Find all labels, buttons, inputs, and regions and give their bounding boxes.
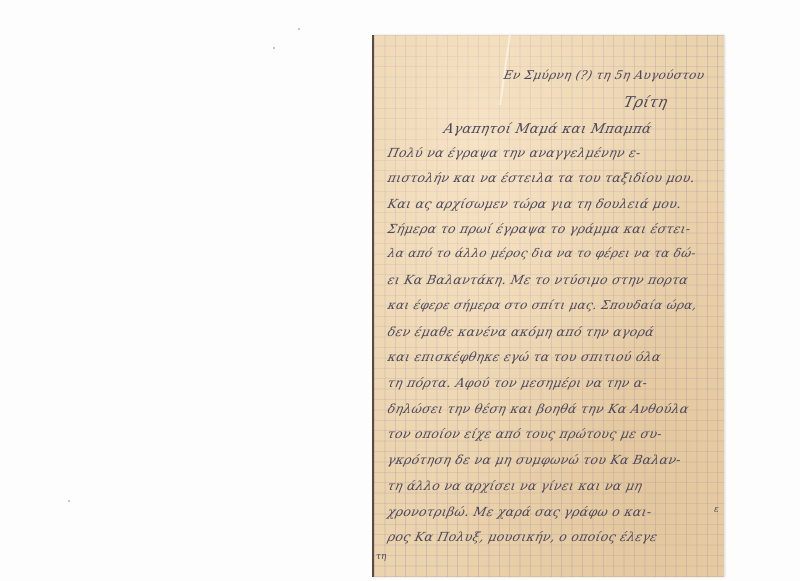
letter-line: Σήμερα το πρωί έγραψα το γράμμα και έστε… <box>386 221 692 236</box>
letter-line: Και ας αρχίσωμεν τώρα για τη δουλειά μου… <box>386 196 683 211</box>
scan-speck <box>273 47 275 49</box>
margin-note: τη <box>376 552 386 562</box>
letter-line: ρος Κα Πολυξ, μουσικήν, ο οποίος έλεγε <box>386 529 659 544</box>
letter-line: λα από το άλλο μέρος δια να το φέρει να … <box>387 246 698 260</box>
letter-line: Πολύ να έγραψα την αναγγελμένην ε- <box>386 145 642 160</box>
letter-line: πιστολήν και να έστειλα τα του ταξιδίου … <box>386 170 696 185</box>
letter-line: και έφερε σήμερα στο σπίτι μας. Σπουδαία… <box>387 298 699 312</box>
letter-line: δεν έμαθε κανένα ακόμη από την αγορά <box>386 324 655 339</box>
letter-place-date: Εν Σμύρνη (?) τη 5η Αυγούστου <box>503 68 706 82</box>
scan-speck <box>298 28 300 30</box>
letter-line: τη άλλο να αρχίσει να γίνει και να μη <box>386 478 644 493</box>
letter-line: γκρότηση δε να μη συμφωνώ του Κα Βαλαν- <box>386 452 682 467</box>
letter-day: Τρίτη <box>622 93 669 111</box>
letter-line: δηλώσει την θέση και βοηθά την Κα Ανθούλ… <box>386 401 690 416</box>
scan-speck <box>68 500 70 502</box>
letter-line: ει Κα Βαλαντάκη. Με το ντύσιμο στην πορτ… <box>386 272 689 287</box>
letter-line: τη πόρτα. Αφού τον μεσημέρι να την α- <box>386 375 649 390</box>
letter-line: χρονοτριβώ. Με χαρά σας γράφω ο και- <box>386 504 653 519</box>
margin-note: ε <box>714 505 719 515</box>
letter-line: και επισκέφθηκε εγώ τα του σπιτιού όλα <box>386 349 662 364</box>
letter-line: τον οποίον είχε από τους πρώτους με συ- <box>386 426 663 441</box>
letter-salutation: Αγαπητοί Μαμά και Μπαμπά <box>442 121 653 137</box>
letter-page: Εν Σμύρνη (?) τη 5η Αυγούστου Τρίτη Αγαπ… <box>372 35 724 577</box>
